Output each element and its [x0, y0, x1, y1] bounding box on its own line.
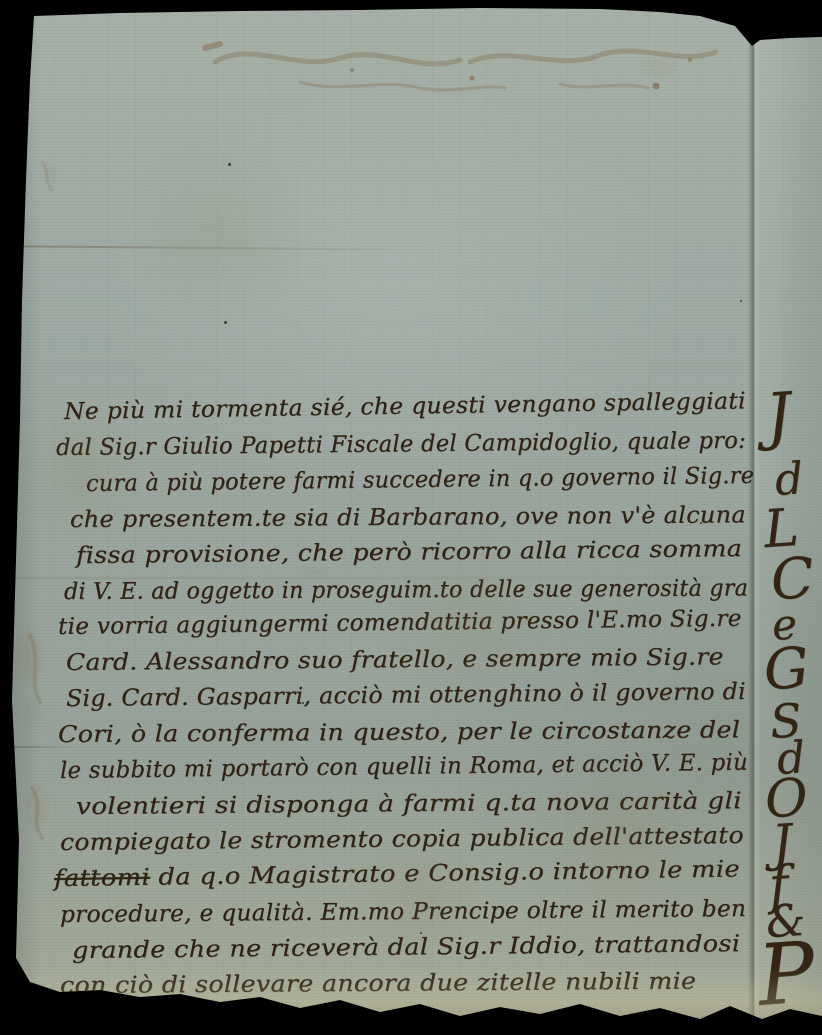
- manuscript-line: che presentem.te sia di Barbarano, ove n…: [70, 504, 746, 532]
- ink-speck: [228, 163, 231, 166]
- foxing-patch: [120, 130, 320, 330]
- ink-speck: [700, 522, 702, 524]
- facing-page-fragment: d: [773, 457, 804, 503]
- manuscript-line: Cori, ò la conferma in questo, per le ci…: [58, 719, 740, 747]
- foxing-patch: [10, 400, 150, 540]
- ink-stain: [38, 158, 58, 186]
- page-edge-shadow: [0, 968, 822, 1028]
- ink-stain: [300, 560, 330, 582]
- ink-speck: [92, 870, 94, 872]
- facing-page-fragment: G: [762, 641, 811, 700]
- foxing-patch: [380, 530, 560, 710]
- ink-speck: [740, 300, 742, 302]
- ink-speck: [168, 406, 170, 408]
- foxing-patch: [350, 830, 490, 970]
- facing-page-fragment: J: [764, 384, 793, 448]
- ink-stain: [10, 626, 46, 688]
- manuscript-page: Ne più mi tormenta sié, che questi venga…: [0, 0, 822, 1035]
- ink-stain: [636, 54, 680, 80]
- ink-stain: [24, 782, 52, 832]
- ink-speck: [302, 702, 304, 704]
- ink-speck: [224, 321, 227, 324]
- photograph-background: Ne più mi tormenta sié, che questi venga…: [0, 0, 822, 1035]
- ink-speck: [420, 932, 422, 934]
- ink-speck: [520, 588, 523, 591]
- ink-speck: [58, 993, 64, 999]
- struck-word: fattomi: [54, 864, 150, 891]
- ink-speck: [612, 762, 614, 764]
- foxing-patch: [540, 750, 700, 910]
- ink-stain: [20, 698, 44, 732]
